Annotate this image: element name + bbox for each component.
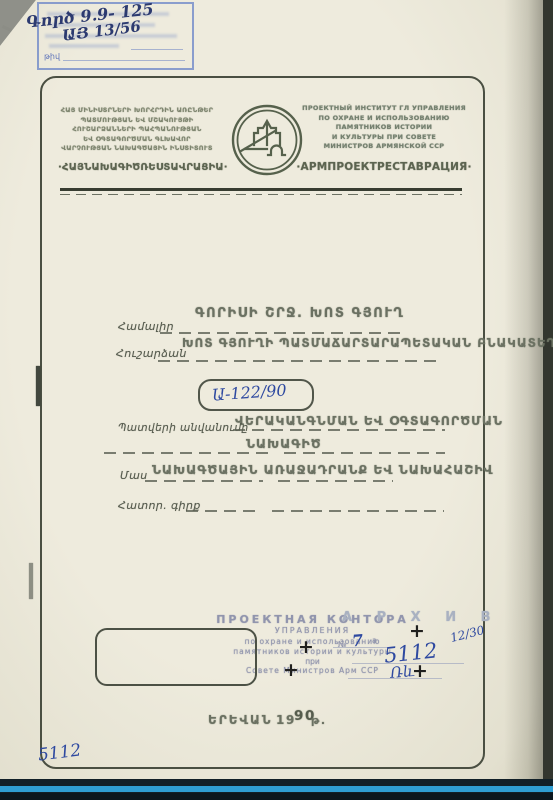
document-page: թիվ Գործ 9.9- 125 ԱՅ 13/56 ՀԱՅ ՄԻՆԻՍՏՐՆԵ… <box>0 0 553 800</box>
monument-value: ԽՈՏ ԳՅՈՒՂԻ ՊԱՏՄԱՃԱՐՏԱՐԱՊԵՏԱԿԱՆ ԲՆԱԿԱՏԵՂԻ <box>182 336 553 350</box>
institute-line: ПО ОХРАНЕ И ИСПОЛЬЗОВАНИЮ <box>296 114 472 124</box>
stamp-illegible-line <box>49 44 119 48</box>
paper-fold-shadow <box>504 0 544 780</box>
institute-line: ՀԱՅ ՄԻՆԻՍՏՐՆԵՐԻ ԽՈՐՀՐԴԻՆ ԱՌԸՆԹԵՐ <box>58 106 216 116</box>
armproekt-logo-icon <box>229 102 305 182</box>
institute-title-armenian: ·ՀԱՅՆԱԽԱԳԻԾՌԵՍՏԱՎՐԱՑԻԱ· <box>58 162 216 173</box>
part-value: ՆԱԽԱԳԾԱՅԻՆ ԱՌԱՋԱԴՐԱՆՔ ԵՎ ՆԱԽԱՀԱՇԻՎ <box>152 462 494 477</box>
archive-stamp-line <box>348 678 442 679</box>
part-underline-b <box>278 480 393 482</box>
order-name-value-2: ՆԱԽԱԳԻԾ <box>246 436 322 451</box>
part-label: Մաս <box>120 469 148 482</box>
footer-year-prefix: 19 <box>276 713 296 727</box>
institute-line: ПАМЯТНИКОВ ИСТОРИИ <box>296 123 472 133</box>
stamp-number-label: թիվ <box>44 52 60 61</box>
volume-underline-b <box>272 510 444 512</box>
institute-title-russian: ·АРМПРОЕКТРЕСТАВРАЦИЯ· <box>296 161 472 173</box>
monument-underline <box>158 360 440 362</box>
order-underline-1 <box>233 429 445 431</box>
complex-value: ԳՈՐԻՍԻ ՇՐՋ. ԽՈՏ ԳՅՈՒՂ <box>195 306 404 321</box>
institute-line: И КУЛЬТУРЫ ПРИ СОВЕТЕ <box>296 133 472 143</box>
institute-line: ՊԱՏՄՈՒԹՅԱՆ ԵՎ ՄՇԱԿՈՒՅԹԻ <box>58 116 216 126</box>
header-rule-dashed <box>60 194 462 195</box>
complex-underline <box>160 332 405 334</box>
signature-handwritten: Ռև <box>389 662 415 682</box>
order-underline-2b <box>284 452 445 454</box>
header-rule <box>60 188 462 191</box>
institute-line: МИНИСТРОВ АРМЯНСКОЙ ССР <box>296 142 472 152</box>
empty-stamp-box <box>95 628 257 686</box>
institute-line: ԵՎ ՕԳՏԱԳՈՐԾՄԱՆ ԳԼԽԱՎՈՐ <box>58 135 216 145</box>
monument-label: Հուշարձան <box>116 347 187 360</box>
footer-year-suffix: թ. <box>311 714 327 727</box>
order-name-value-1: ՎԵՐԱԿԱՆԳՆՄԱՆ ԵՎ ՕԳՏԱԳՈՐԾՄԱՆ <box>235 413 503 428</box>
registration-cross-icon: + <box>409 622 425 641</box>
stamp-line <box>131 49 183 50</box>
registration-cross-icon: + <box>298 638 314 657</box>
volume-underline-a <box>186 510 258 512</box>
institute-line: ПРОЕКТНЫЙ ИНСТИТУТ ГЛ УПРАВЛЕНИЯ <box>296 104 472 114</box>
institute-name-armenian: ՀԱՅ ՄԻՆԻՍՏՐՆԵՐԻ ԽՈՐՀՐԴԻՆ ԱՌԸՆԹԵՐ ՊԱՏՄՈՒԹ… <box>58 106 216 173</box>
staple <box>36 366 40 406</box>
footer-city: ԵՐԵՎԱՆ <box>208 713 272 727</box>
part-underline-a <box>145 480 263 482</box>
archive-a-mark: а <box>372 636 377 645</box>
order-name-label: Պատվերի անվանումը <box>118 422 249 434</box>
institute-name-russian: ПРОЕКТНЫЙ ИНСТИТУТ ГЛ УПРАВЛЕНИЯ ПО ОХРА… <box>296 104 472 173</box>
stamp-line <box>63 60 185 61</box>
registration-cross-icon: + <box>283 661 299 680</box>
photo-background-right <box>543 0 553 800</box>
staple <box>29 563 33 599</box>
institute-line: ՀՈՒՇԱՐՁԱՆՆԵՐԻ ՊԱՀՊԱՆՈՒԹՅԱՆ <box>58 125 216 135</box>
photo-background-bottom-dark <box>0 793 553 800</box>
order-underline-2a <box>104 452 269 454</box>
photo-blue-edge-line <box>0 786 553 792</box>
institute-line: ՎԱՐՉՈՒԹՅԱՆ ՆԱԽԱԳԾԱՅԻՆ ԻՆՍՏԻՏՈՒՏ <box>58 144 216 154</box>
archive-stamp-line <box>333 647 389 648</box>
